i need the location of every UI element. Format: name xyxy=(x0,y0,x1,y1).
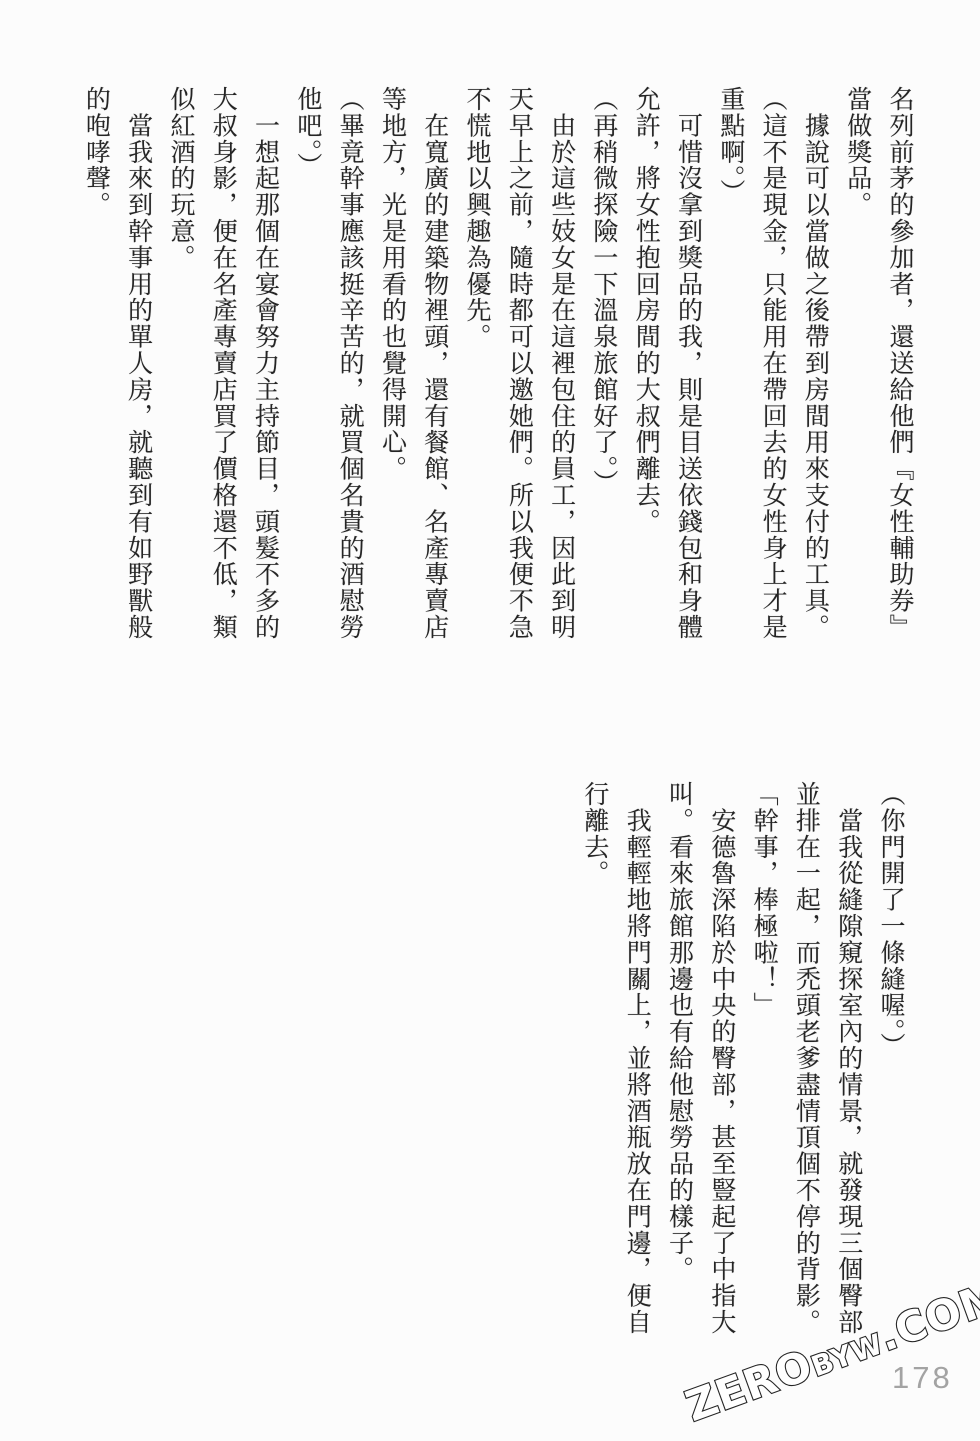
watermark-text-byw: BYW xyxy=(807,1327,888,1383)
text-column: （再稍微探險一下溫泉旅館好了。） xyxy=(582,86,624,644)
text-column: 他吧。） xyxy=(286,86,328,644)
text-column: 不慌地以興趣為優先。 xyxy=(455,86,497,644)
text-column: 當我來到幹事用的單人房，就聽到有如野獸般 xyxy=(116,86,158,644)
text-column: 重點啊。） xyxy=(709,86,751,644)
text-column: 由於這些妓女是在這裡包住的員工，因此到明 xyxy=(539,86,581,644)
text-column: 安德魯深陷於中央的臀部，甚至豎起了中指大 xyxy=(700,781,742,1339)
text-column: 允許，將女性抱回房間的大叔們離去。 xyxy=(624,86,666,644)
text-block-bottom: （你門開了一條縫喔。） 當我從縫隙窺探室內的情景，就發現三個臀部並排在一起，而禿… xyxy=(572,781,911,1339)
text-column: 等地方，光是用看的也覺得開心。 xyxy=(370,86,412,644)
book-page: 名列前茅的參加者，還送給他們『女性輔助券』當做獎品。 據說可以當做之後帶到房間用… xyxy=(0,0,980,1441)
text-column: 似紅酒的玩意。 xyxy=(159,86,201,644)
text-column: 叫。看來旅館那邊也有給他慰勞品的樣子。 xyxy=(657,781,699,1339)
watermark-text-zero: ZERO xyxy=(679,1340,819,1431)
text-column: 一想起那個在宴會努力主持節目，頭髮不多的 xyxy=(243,86,285,644)
text-column: 的咆哮聲。 xyxy=(74,86,116,644)
text-column: （畢竟幹事應該挺辛苦的，就買個名貴的酒慰勞 xyxy=(328,86,370,644)
text-column: 「幹事，棒極啦！」 xyxy=(742,781,784,1339)
text-column: 據說可以當做之後帶到房間用來支付的工具。 xyxy=(793,86,835,644)
text-column: 行離去。 xyxy=(573,781,615,1339)
text-column: （你門開了一條縫喔。） xyxy=(869,781,911,1339)
text-column: （這不是現金，只能用在帶回去的女性身上才是 xyxy=(751,86,793,644)
page-number: 178 xyxy=(892,1360,953,1396)
text-column: 當我從縫隙窺探室內的情景，就發現三個臀部 xyxy=(826,781,868,1339)
text-column: 天早上之前，隨時都可以邀她們。所以我便不急 xyxy=(497,86,539,644)
text-block-top: 名列前茅的參加者，還送給他們『女性輔助券』當做獎品。 據說可以當做之後帶到房間用… xyxy=(74,86,920,644)
text-column: 在寬廣的建築物裡頭，還有餐館、名產專賣店 xyxy=(412,86,454,644)
text-column: 名列前茅的參加者，還送給他們『女性輔助券』 xyxy=(878,86,920,644)
text-column: 並排在一起，而禿頭老爹盡情頂個不停的背影。 xyxy=(784,781,826,1339)
text-column: 可惜沒拿到獎品的我，則是目送依錢包和身體 xyxy=(666,86,708,644)
text-column: 大叔身影，便在名產專賣店買了價格還不低，類 xyxy=(201,86,243,644)
text-column: 我輕輕地將門關上，並將酒瓶放在門邊，便自 xyxy=(615,781,657,1339)
text-column: 當做獎品。 xyxy=(835,86,877,644)
